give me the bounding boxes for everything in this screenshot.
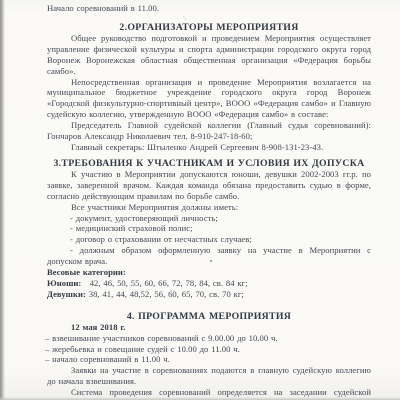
chief-secretary-line: Главный секретарь: Штыленко Андрей Серге…	[47, 142, 371, 153]
section3-paragraph: К участию в Мероприятии допускаются юнош…	[47, 169, 371, 202]
list-item: - договор о страховании от несчастных сл…	[70, 234, 371, 245]
list-item: – жеребьевка и совещание судей с 10.00 д…	[45, 344, 371, 355]
boys-values: 42, 46, 50, 55, 60, 66, 72, 78, 84, св. …	[90, 278, 248, 288]
list-item: - документ, удостоверяющий личность;	[70, 213, 371, 224]
applications-paragraph: Заявки на участие в соревнованиях подают…	[47, 365, 371, 387]
section2-paragraph: Общее руководство подготовкой и проведен…	[47, 33, 371, 77]
boys-weights-line: Юноши: 42, 46, 50, 55, 60, 66, 72, 78, 8…	[47, 278, 371, 289]
scan-left-shadow	[0, 0, 5, 400]
boys-label: Юноши:	[47, 278, 81, 288]
scanned-document-page: ⸱, Начало соревнований в 11.00. 2.ОРГАНИ…	[0, 0, 400, 400]
requirements-list: - документ, удостоверяющий личность; - м…	[47, 213, 371, 246]
list-item: - должным образом оформленную заявку на …	[47, 245, 371, 267]
section4-heading: 4. ПРОГРАММА МЕРОПРИЯТИЯ	[47, 311, 371, 322]
system-paragraph-cutoff: Система проведения соревнований определя…	[47, 387, 371, 398]
participants-must-have-line: Все участники Мероприятия должны иметь:	[47, 202, 371, 213]
girls-label: Девушки:	[47, 289, 86, 299]
start-time-line: Начало соревнований в 11.00.	[47, 3, 371, 14]
list-item: – взвешивание участников соревнований с …	[45, 333, 371, 344]
event-date-line: 12 мая 2018 г.	[47, 322, 371, 333]
weight-categories-heading: Весовые категории:	[47, 267, 371, 278]
chief-judge-line: Председатель Главной судейской коллегии …	[47, 120, 371, 142]
girls-weights-line: Девушки: 38, 41, 44, 48,52, 56, 60, 65, …	[47, 289, 371, 300]
section3-heading: 3.ТРЕБОВАНИЯ К УЧАСТНИКАМ И УСЛОВИЯ ИХ Д…	[47, 158, 371, 169]
document-text-block: Начало соревнований в 11.00. 2.ОРГАНИЗАТ…	[47, 3, 371, 398]
section2-paragraph: Непосредственная организация и проведени…	[47, 77, 371, 121]
list-item: – начало соревнований в 11.00 ч.	[45, 354, 371, 365]
list-item: - медицинский страховой полис;	[70, 223, 371, 234]
schedule-list: – взвешивание участников соревнований с …	[47, 333, 371, 366]
section2-heading: 2.ОРГАНИЗАТОРЫ МЕРОПРИЯТИЯ	[47, 22, 371, 33]
girls-values: 38, 41, 44, 48,52, 56, 60, 65, 70, св. 7…	[89, 289, 244, 299]
